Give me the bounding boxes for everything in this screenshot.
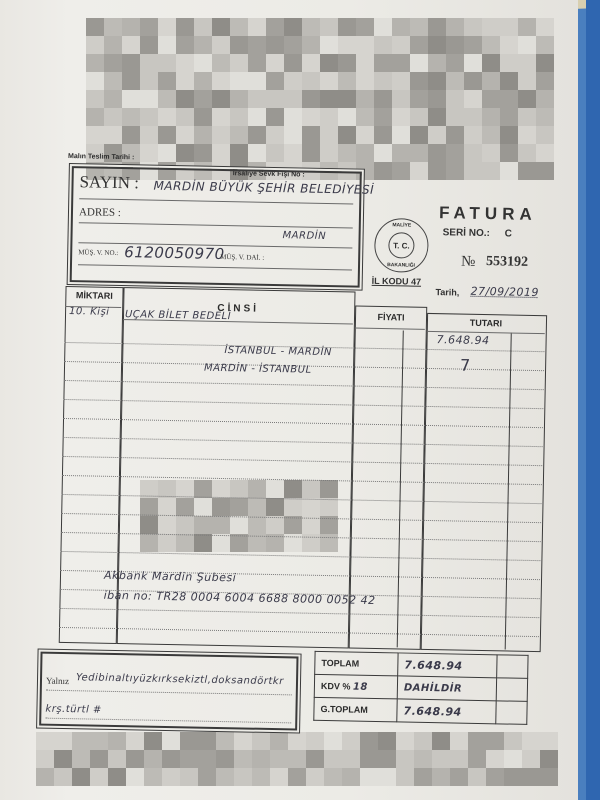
invoice-title: FATURA (439, 203, 537, 225)
row-amount: 7.648.94 (436, 333, 489, 347)
city-code: İL KODU 47 (372, 276, 422, 287)
tax-office-label: MÜŞ. V. DAİ. : (220, 253, 264, 262)
amount-in-words-box: Yalnız Yedibinaltıyüzkırksekiztl,doksand… (39, 652, 298, 731)
row-description: UÇAK BİLET BEDELİ (125, 309, 231, 322)
tax-no-label: MÜŞ. V. NO.: (78, 248, 118, 257)
route-line-2: MARDİN - İSTANBUL (204, 363, 312, 376)
customer-box: SAYIN : MARDİN BÜYÜK ŞEHİR BELEDİYESİ AD… (70, 166, 362, 288)
invoice-form: Malın Teslim Tarihi : İrsaliye Sevk Fişi… (57, 160, 553, 744)
items-table: MİKTARI CİNSİ FİYATI TUTARI 10. Kişi UÇA… (59, 286, 548, 650)
customer-name: MARDİN BÜYÜK ŞEHİR BELEDİYESİ (153, 179, 374, 197)
subtotal-label: TOPLAM (315, 651, 398, 676)
totals-table: TOPLAM 7.648.94 KDV % 18 DAHİLDİR G.TOPL… (313, 651, 528, 725)
grand-total-value: 7.648.94 (403, 704, 462, 718)
row-quantity: 10. Kişi (69, 306, 110, 318)
route-line-1: İSTANBUL - MARDİN (224, 345, 332, 358)
row-amount-mark: 7 (460, 356, 471, 375)
series-label: SERİ NO.: (443, 227, 490, 239)
sayin-label: SAYIN : (79, 172, 139, 193)
bank-name: Akbank Mardin Şubesi (104, 569, 236, 585)
header-price: FİYATI (355, 312, 427, 323)
customer-tax-no: 6120050970 (124, 243, 225, 263)
invoice-number: 553192 (486, 254, 528, 271)
vat-rate: 18 (353, 681, 368, 692)
grand-total-row: G.TOPLAM 7.648.94 (314, 697, 527, 724)
subtotal-value: 7.648.94 (404, 658, 463, 672)
number-symbol: № (461, 254, 476, 271)
customer-address: MARDİN (282, 230, 326, 242)
header-quantity: MİKTARI (65, 290, 123, 301)
redacted-header-area (86, 18, 546, 168)
ministry-seal: MALİYE T. C. BAKANLIĞI (374, 218, 429, 273)
address-label: ADRES : (79, 206, 121, 219)
words-line-1: Yedibinaltıyüzkırksekiztl,doksandörtkr (76, 672, 284, 687)
words-label: Yalnız (46, 676, 69, 686)
delivery-date-label: Malın Teslim Tarihi : (68, 153, 134, 161)
vat-value: DAHİLDİR (404, 682, 462, 694)
grand-total-label: G.TOPLAM (314, 697, 397, 722)
words-line-2: krş.türtl # (45, 704, 102, 716)
vat-label: KDV % (321, 680, 351, 691)
blue-background (586, 0, 600, 800)
series-value: C (505, 228, 512, 239)
